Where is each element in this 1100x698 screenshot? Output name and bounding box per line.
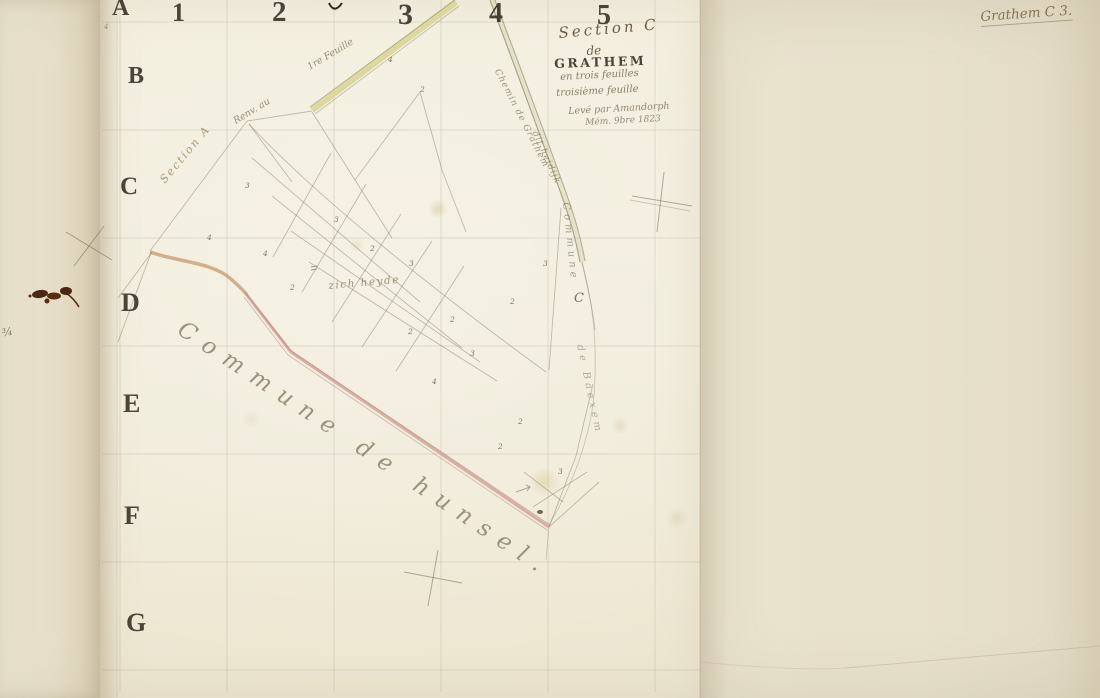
parcel-number: 2 [518, 418, 523, 426]
parcel-number: 4 [207, 234, 212, 242]
parcel-number: 3 [409, 260, 414, 268]
parcel-number: 2 [420, 86, 425, 94]
parcel-numbers-layer: 423424323243232322 [0, 0, 1100, 698]
parcel-number: 3 [334, 216, 339, 224]
parcel-number: 3 [543, 260, 548, 268]
parcel-number: 2 [370, 245, 375, 253]
parcel-number: 2 [510, 298, 515, 306]
parcel-number: 2 [408, 328, 413, 336]
parcel-number: 3 [558, 468, 563, 476]
parcel-number: 4 [432, 378, 437, 386]
parcel-number: 2 [450, 316, 455, 324]
parcel-number: 4 [388, 56, 393, 64]
parcel-number: 4 [263, 250, 268, 258]
parcel-number: 2 [290, 284, 295, 292]
parcel-number: 3 [245, 182, 250, 190]
cadastral-map-scan: A B C D E F G 1 2 3 4 5 Section C de GRA… [0, 0, 1100, 698]
parcel-number: 2 [498, 443, 503, 451]
parcel-number: 3 [470, 350, 475, 358]
